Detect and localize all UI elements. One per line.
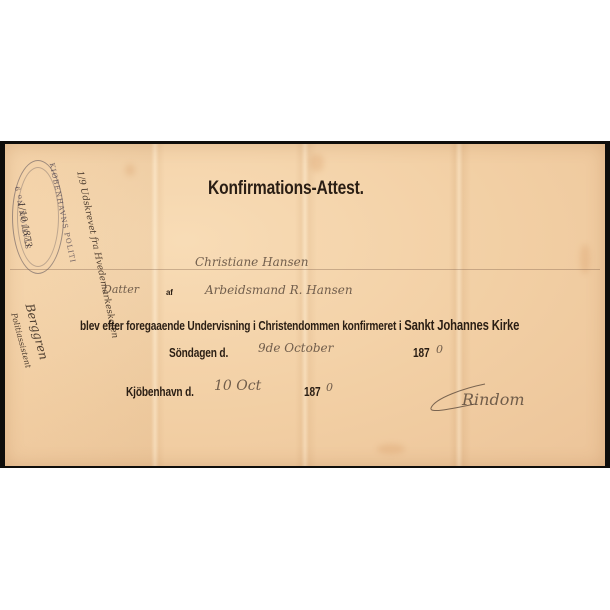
paper-stain [377, 444, 405, 454]
sunday-year-suffix: 0 [436, 343, 443, 356]
paper-stain [125, 164, 135, 176]
of-label: af [166, 288, 173, 297]
ruled-line [10, 269, 600, 270]
church-name: Sankt Johannes Kirke [404, 318, 519, 334]
sunday-label: Söndagen d. [169, 345, 228, 360]
issue-date: 10 Oct [214, 378, 261, 394]
parent-name: Arbeidsmand R. Hansen [205, 283, 353, 297]
signature-flourish [425, 378, 505, 418]
police-station-stamp: KIØBENHAVNS POLITI STATION No 9 1/10 187… [12, 160, 64, 274]
body-text: blev efter foregaaende Undervisning i Ch… [80, 318, 519, 334]
body-text-prefix: blev efter foregaaende Undervisning i Ch… [80, 318, 402, 333]
relation-label: Datter [103, 283, 139, 296]
issue-year-suffix: 0 [326, 381, 333, 394]
confirmand-name: Christiane Hansen [195, 255, 308, 269]
place-label: Kjöbenhavn d. [126, 384, 194, 399]
sunday-date: 9de October [258, 341, 333, 355]
sunday-year-prefix: 187 [413, 345, 429, 360]
paper-stain [310, 154, 324, 172]
issue-year-prefix: 187 [304, 384, 320, 399]
document-title: Konfirmations-Attest. [208, 178, 364, 200]
